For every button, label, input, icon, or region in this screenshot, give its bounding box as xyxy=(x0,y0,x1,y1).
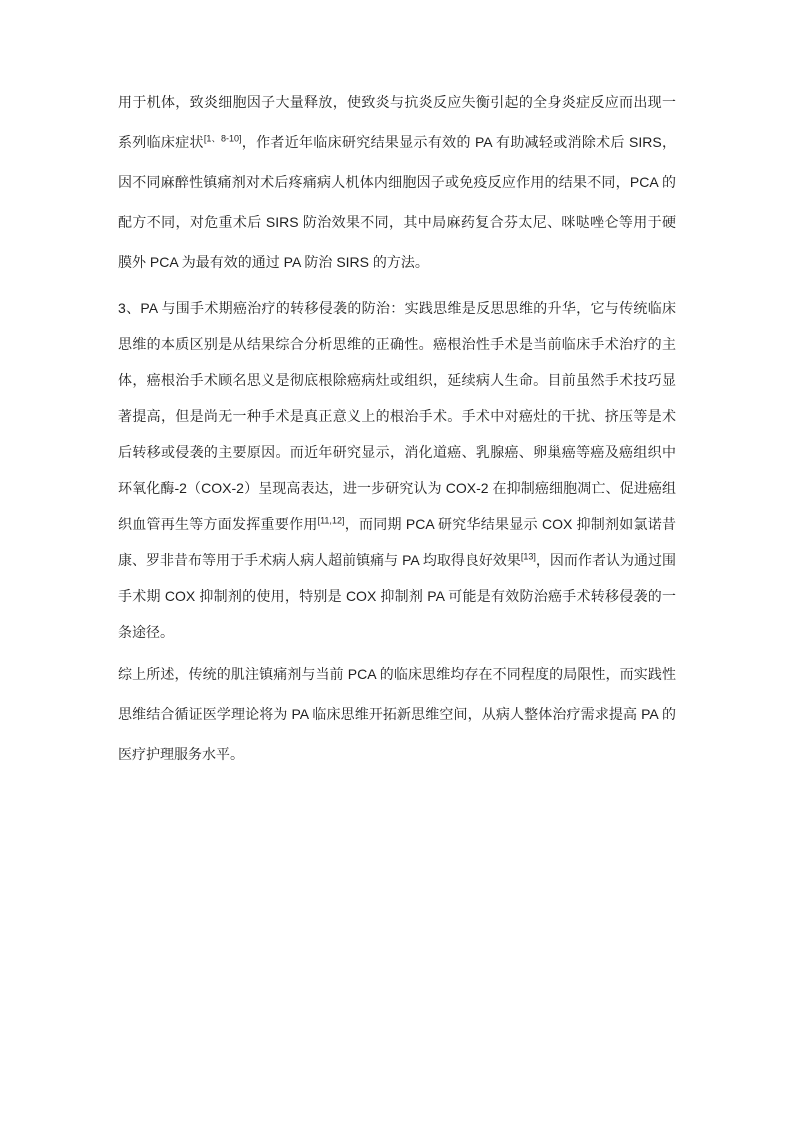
paragraph-text: ，作者近年临床研究结果显示有效的 PA 有助减轻或消除术后 SIRS，因不同麻醉… xyxy=(118,134,676,270)
paragraph-perioperative-cancer: 3、PA 与围手术期癌治疗的转移侵袭的防治：实践思维是反思思维的升华，它与传统临… xyxy=(118,290,676,650)
document-page: 用于机体，致炎细胞因子大量释放，使致炎与抗炎反应失衡引起的全身炎症反应而出现一系… xyxy=(0,0,793,1122)
document-body: 用于机体，致炎细胞因子大量释放，使致炎与抗炎反应失衡引起的全身炎症反应而出现一系… xyxy=(118,82,676,774)
paragraph-conclusion: 综上所述，传统的肌注镇痛剂与当前 PCA 的临床思维均存在不同程度的局限性，而实… xyxy=(118,654,676,774)
paragraph-text: 综上所述，传统的肌注镇痛剂与当前 PCA 的临床思维均存在不同程度的局限性，而实… xyxy=(118,666,676,762)
citation-superscript: [1、8-10] xyxy=(204,133,242,143)
citation-superscript: [13] xyxy=(521,551,536,561)
citation-superscript: [11,12] xyxy=(318,515,345,525)
paragraph-text: 3、PA 与围手术期癌治疗的转移侵袭的防治：实践思维是反思思维的升华，它与传统临… xyxy=(118,300,676,532)
paragraph-sirs-prevention: 用于机体，致炎细胞因子大量释放，使致炎与抗炎反应失衡引起的全身炎症反应而出现一系… xyxy=(118,82,676,282)
